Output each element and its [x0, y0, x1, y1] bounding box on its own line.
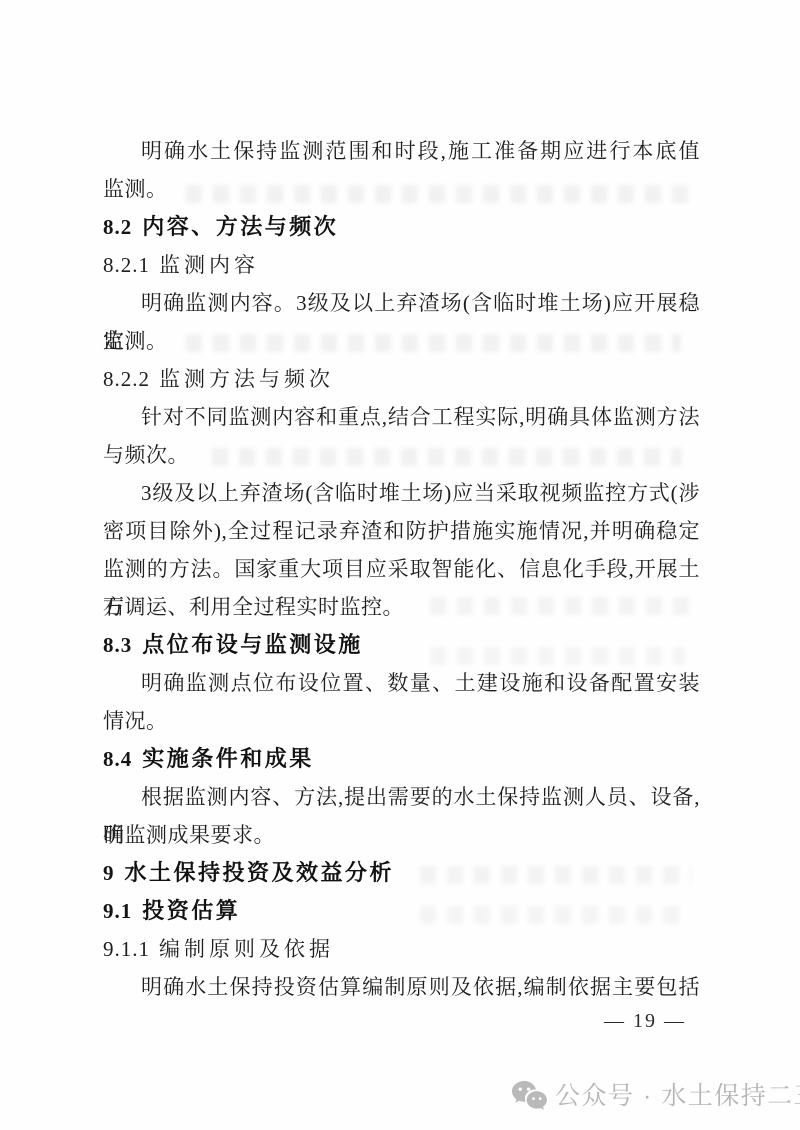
paragraph-line: 3级及以上弃渣场(含临时堆土场)应当采取视频监控方式(涉 [103, 474, 700, 512]
heading-9: 9水土保持投资及效益分析 [103, 854, 700, 892]
paragraph-line: 情况。 [103, 702, 700, 740]
paragraph-line: 明确监测点位布设位置、数量、土建设施和设备配置安装 [103, 664, 700, 702]
paragraph-line: 明确监测内容。3级及以上弃渣场(含临时堆土场)应开展稳定 [103, 284, 700, 322]
heading-number: 9.1.1 [103, 937, 150, 961]
watermark: 公众号 · 水土保持二三 [511, 1078, 800, 1114]
subheading-8-2-1: 8.2.1监测内容 [103, 246, 700, 284]
heading-title: 实施条件和成果 [142, 746, 314, 771]
heading-number: 9 [103, 861, 115, 885]
document-page: 明确水土保持监测范围和时段,施工准备期应进行本底值 监测。 8.2内容、方法与频… [0, 0, 800, 1130]
heading-8-3: 8.3点位布设与监测设施 [103, 626, 700, 664]
paragraph-line: 明确水土保持投资估算编制原则及依据,编制依据主要包括 [103, 968, 700, 1006]
heading-8-4: 8.4实施条件和成果 [103, 740, 700, 778]
heading-number: 8.2.1 [103, 253, 150, 277]
heading-number: 8.2.2 [103, 367, 150, 391]
heading-title: 投资估算 [142, 898, 240, 923]
paragraph-line: 针对不同监测内容和重点,结合工程实际,明确具体监测方法 [103, 398, 700, 436]
heading-8-2: 8.2内容、方法与频次 [103, 208, 700, 246]
paragraph-line: 方调运、利用全过程实时监控。 [103, 588, 700, 626]
paragraph-line: 确监测成果要求。 [103, 816, 700, 854]
subheading-9-1-1: 9.1.1编制原则及依据 [103, 930, 700, 968]
heading-title: 内容、方法与频次 [142, 214, 338, 239]
paragraph-line: 根据监测内容、方法,提出需要的水土保持监测人员、设备,明 [103, 778, 700, 816]
heading-number: 8.3 [103, 633, 132, 657]
document-body: 明确水土保持监测范围和时段,施工准备期应进行本底值 监测。 8.2内容、方法与频… [103, 132, 700, 1006]
heading-9-1: 9.1投资估算 [103, 892, 700, 930]
paragraph-line: 监测的方法。国家重大项目应采取智能化、信息化手段,开展土石 [103, 550, 700, 588]
heading-number: 8.2 [103, 215, 132, 239]
wechat-icon [511, 1080, 547, 1112]
heading-title: 水土保持投资及效益分析 [125, 860, 395, 885]
page-number: — 19 — [604, 1006, 686, 1036]
paragraph-line: 监测。 [103, 322, 700, 360]
paragraph-line: 与频次。 [103, 436, 700, 474]
heading-number: 9.1 [103, 899, 132, 923]
watermark-text: 公众号 · 水土保持二三 [555, 1078, 800, 1114]
heading-title: 编制原则及依据 [159, 937, 334, 961]
heading-title: 点位布设与监测设施 [142, 632, 363, 657]
heading-title: 监测方法与频次 [159, 367, 334, 391]
paragraph-line: 明确水土保持监测范围和时段,施工准备期应进行本底值 [103, 132, 700, 170]
heading-title: 监测内容 [159, 253, 259, 277]
heading-number: 8.4 [103, 747, 132, 771]
subheading-8-2-2: 8.2.2监测方法与频次 [103, 360, 700, 398]
paragraph-line: 监测。 [103, 170, 700, 208]
paragraph-line: 密项目除外),全过程记录弃渣和防护措施实施情况,并明确稳定 [103, 512, 700, 550]
